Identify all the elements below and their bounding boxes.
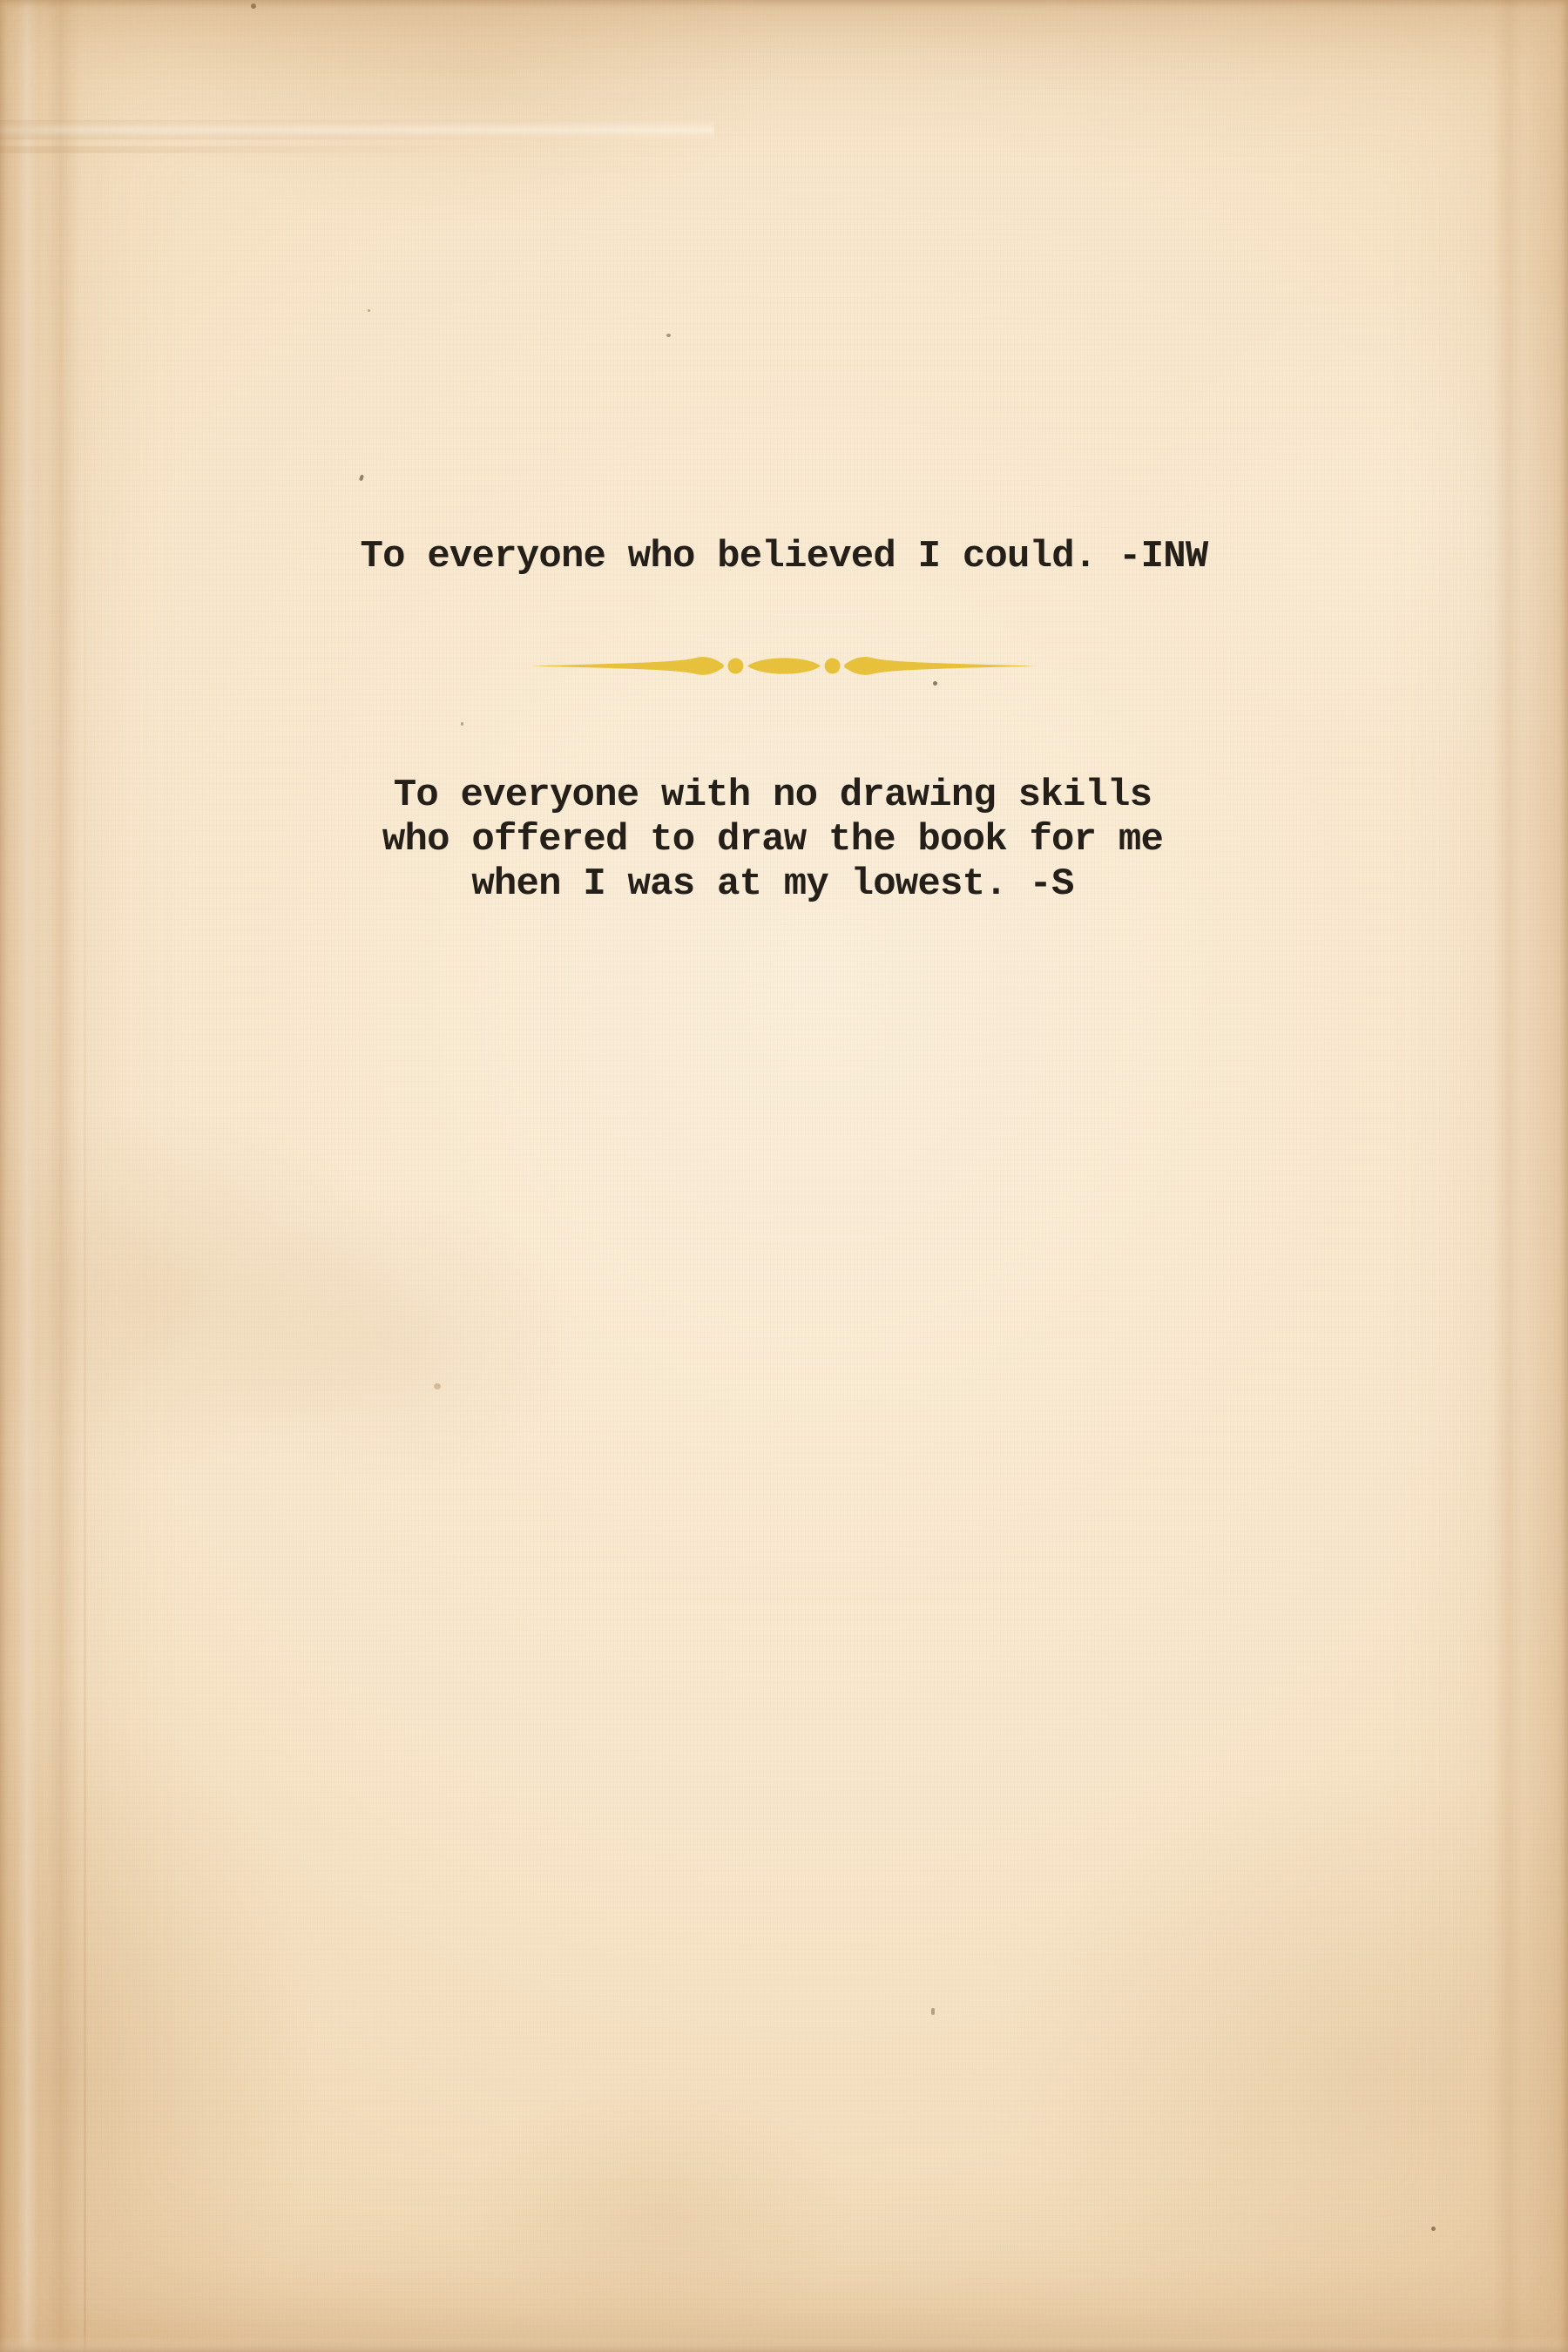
ornament-center-lens bbox=[747, 658, 821, 673]
aged-paper-dedication-page: To everyone who believed I could. -INW T… bbox=[0, 0, 1568, 2352]
gold-ornament-divider bbox=[530, 647, 1039, 685]
ornament-right-blade bbox=[844, 657, 1037, 675]
dedication-text-first: To everyone who believed I could. -INW bbox=[0, 535, 1568, 579]
dedication-text-second: To everyone with no drawing skillswho of… bbox=[0, 774, 1557, 907]
dedication-second-line-1: To everyone with no drawing skills bbox=[394, 774, 1152, 817]
dedication-content: To everyone who believed I could. -INW T… bbox=[0, 0, 1568, 2352]
ornament-right-dot bbox=[825, 659, 841, 674]
dedication-second-line-2: who offered to draw the book for me bbox=[382, 818, 1163, 862]
ornament-left-dot bbox=[727, 659, 743, 674]
ornament-shapes bbox=[531, 657, 1037, 675]
ornament-left-blade bbox=[531, 657, 723, 675]
dedication-second-line-3: when I was at my lowest. -S bbox=[471, 862, 1073, 906]
